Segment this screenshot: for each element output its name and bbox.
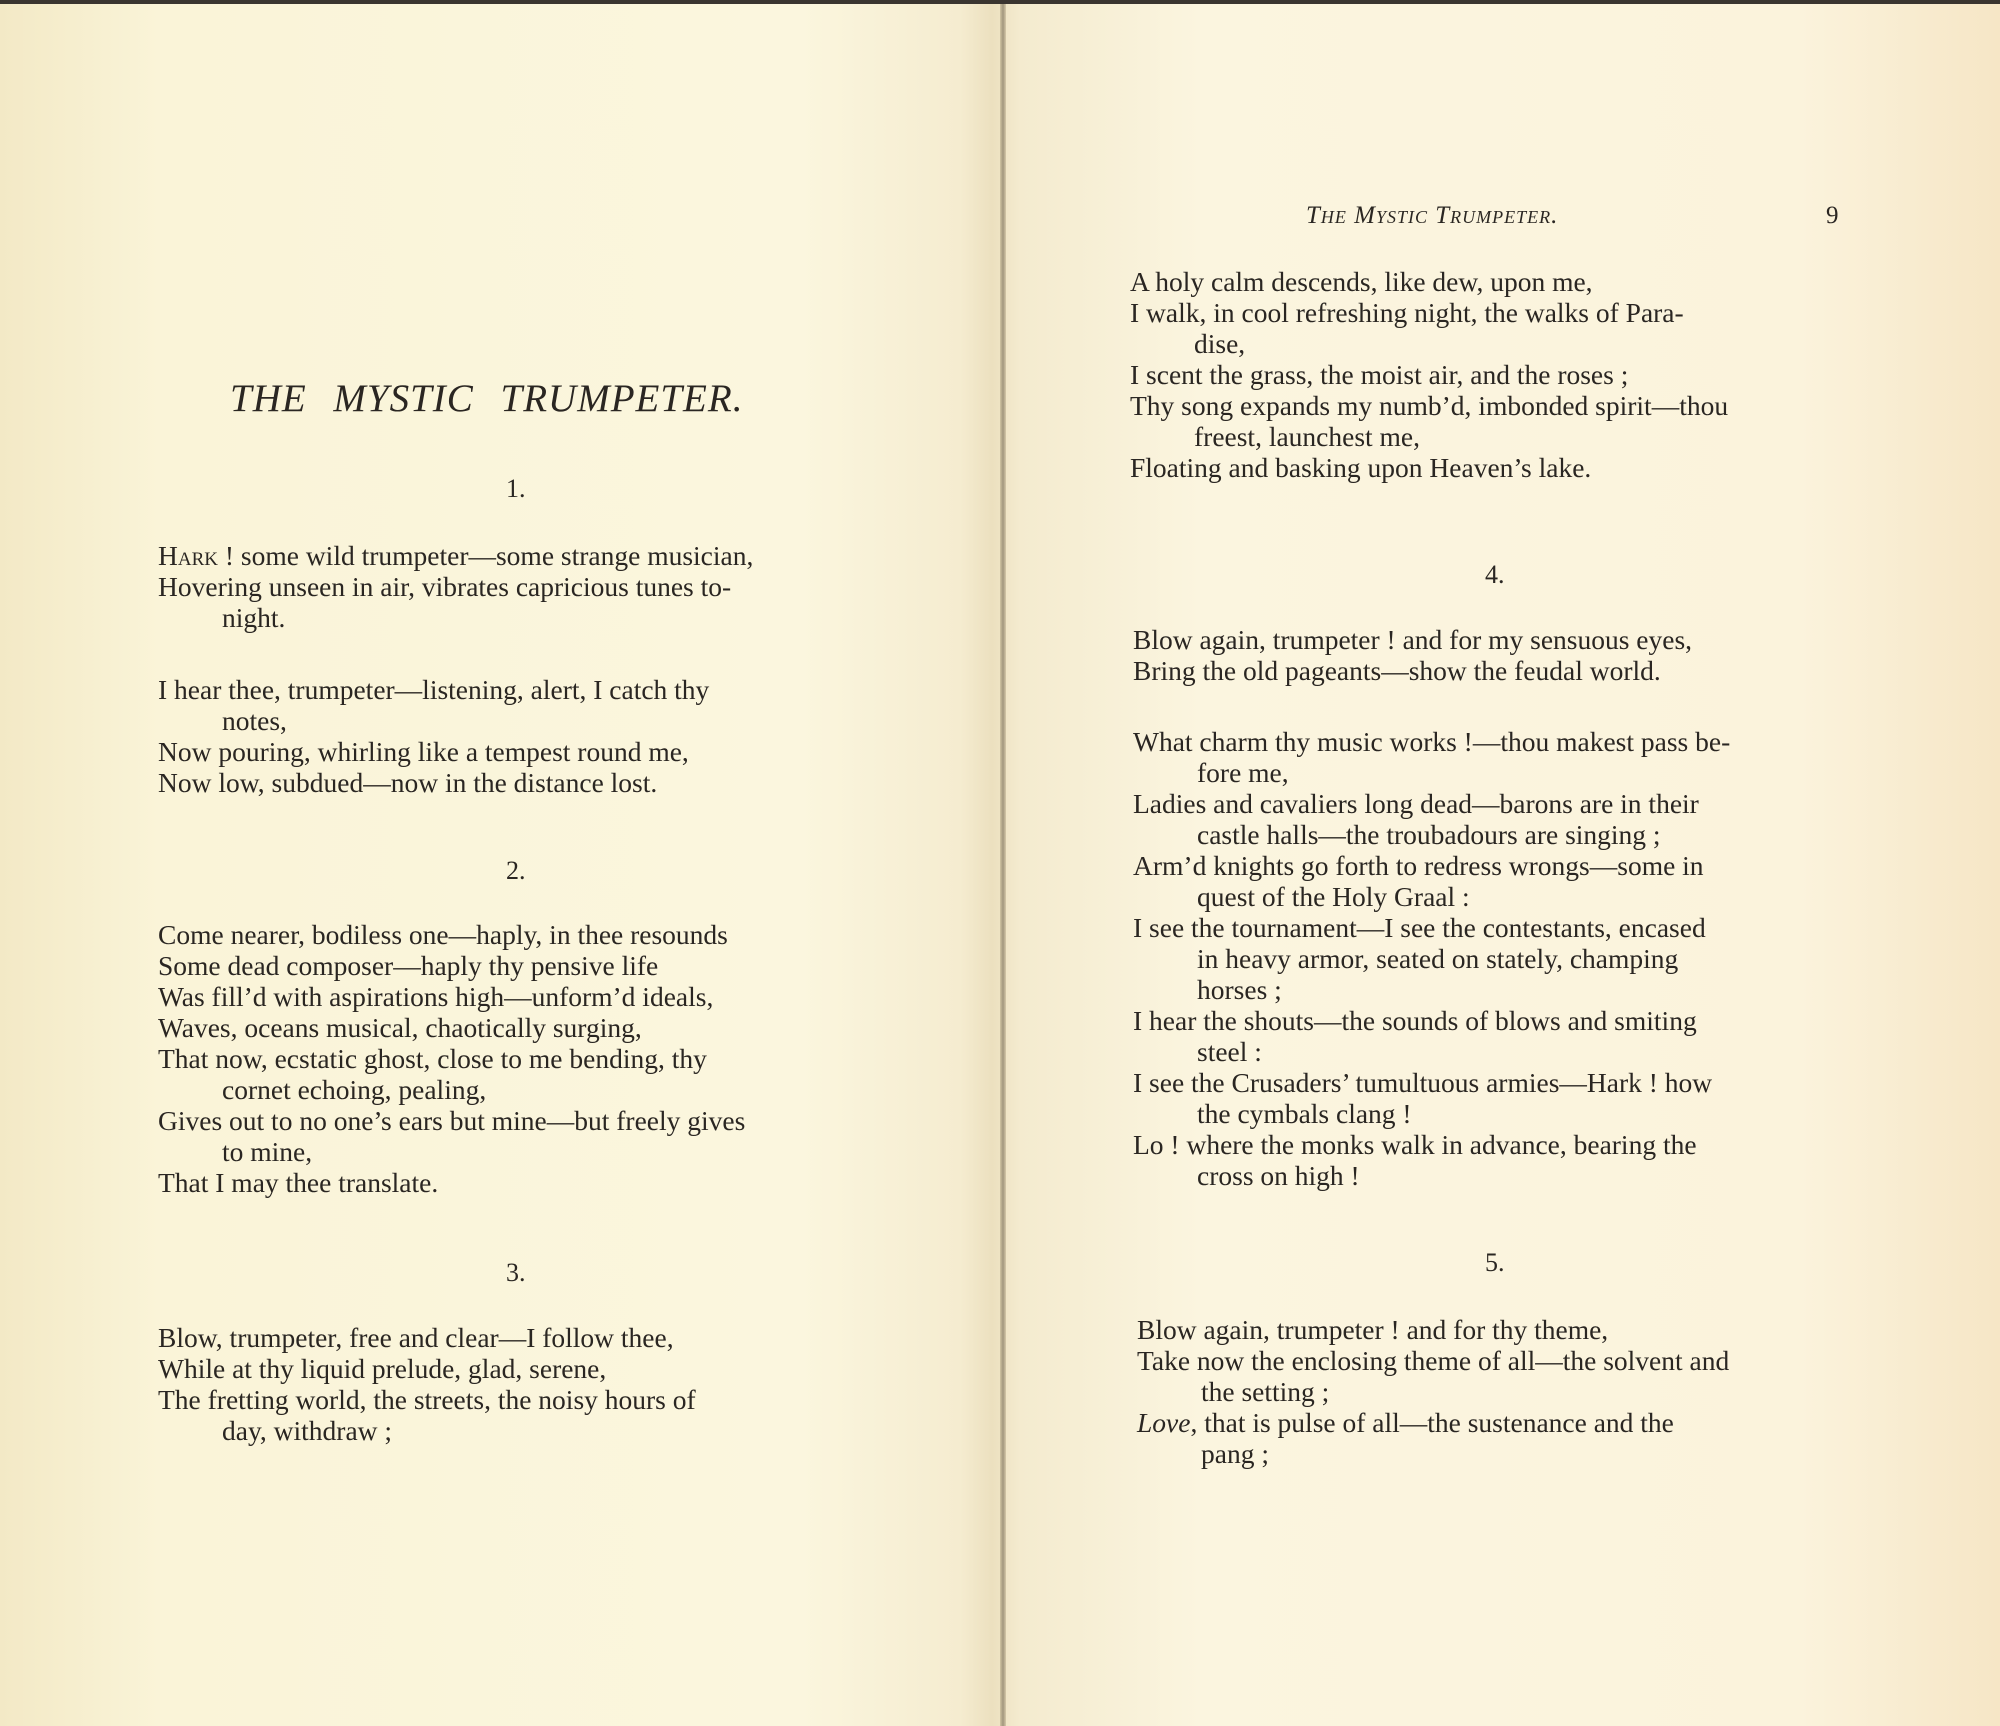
poem-line: Arm’d knights go forth to redress wrongs… [1133, 850, 1730, 881]
poem-line-continuation: pang ; [1137, 1438, 1729, 1469]
poem-line: Floating and basking upon Heaven’s lake. [1130, 452, 1728, 483]
poem-line-continuation: the setting ; [1137, 1376, 1729, 1407]
poem-line: I scent the grass, the moist air, and th… [1130, 359, 1728, 390]
poem-line: Blow again, trumpeter ! and for my sensu… [1133, 624, 1692, 655]
poem-line: That I may thee translate. [158, 1167, 745, 1198]
section-number-3: 3. [506, 1258, 526, 1288]
poem-line-continuation: fore me, [1133, 757, 1730, 788]
poem-line: Come nearer, bodiless one—haply, in thee… [158, 919, 745, 950]
stanza-4a: Blow again, trumpeter ! and for my sensu… [1133, 624, 1692, 686]
poem-line: The fretting world, the streets, the noi… [158, 1384, 696, 1415]
poem-line: That now, ecstatic ghost, close to me be… [158, 1043, 745, 1074]
poem-line-continuation: cross on high ! [1133, 1160, 1730, 1191]
poem-line: Gives out to no one’s ears but mine—but … [158, 1105, 745, 1136]
poem-line: Thy song expands my numb’d, imbonded spi… [1130, 390, 1728, 421]
section-number-1: 1. [506, 474, 526, 504]
poem-line: Take now the enclosing theme of all—the … [1137, 1345, 1729, 1376]
poem-line-continuation: freest, launchest me, [1130, 421, 1728, 452]
poem-line-continuation: cornet echoing, pealing, [158, 1074, 745, 1105]
poem-line-continuation: steel : [1133, 1036, 1730, 1067]
stanza-3: Blow, trumpeter, free and clear—I follow… [158, 1322, 696, 1446]
poem-line: Waves, oceans musical, chaotically surgi… [158, 1012, 745, 1043]
poem-line: I hear thee, trumpeter—listening, alert,… [158, 674, 709, 705]
poem-line: While at thy liquid prelude, glad, seren… [158, 1353, 696, 1384]
poem-line: I hear the shouts—the sounds of blows an… [1133, 1005, 1730, 1036]
stanza-4b: What charm thy music works !—thou makest… [1133, 726, 1730, 1191]
page-number: 9 [1826, 202, 1839, 230]
poem-line: Love, that is pulse of all—the sustenanc… [1137, 1407, 1729, 1438]
poem-line-continuation: castle halls—the troubadours are singing… [1133, 819, 1730, 850]
poem-line-continuation: quest of the Holy Graal : [1133, 881, 1730, 912]
poem-line: Hovering unseen in air, vibrates caprici… [158, 571, 753, 602]
poem-line: Blow, trumpeter, free and clear—I follow… [158, 1322, 696, 1353]
stanza-2: Come nearer, bodiless one—haply, in thee… [158, 919, 745, 1198]
poem-line-continuation: the cymbals clang ! [1133, 1098, 1730, 1129]
poem-line: Was fill’d with aspirations high—unform’… [158, 981, 745, 1012]
poem-line: Lo ! where the monks walk in advance, be… [1133, 1129, 1730, 1160]
stanza-1a: Hark ! some wild trumpeter—some strange … [158, 540, 753, 633]
poem-line-continuation: horses ; [1133, 974, 1730, 1005]
running-head: The Mystic Trumpeter. [1306, 202, 1558, 230]
poem-line-continuation: to mine, [158, 1136, 745, 1167]
drop-word: Hark [158, 540, 218, 571]
poem-line: I see the Crusaders’ tumultuous armies—H… [1133, 1067, 1730, 1098]
poem-line: Ladies and cavaliers long dead—barons ar… [1133, 788, 1730, 819]
poem-line: A holy calm descends, like dew, upon me, [1130, 266, 1728, 297]
left-page: THE MYSTIC TRUMPETER. 1. Hark ! some wil… [0, 4, 998, 1726]
book-spread: THE MYSTIC TRUMPETER. 1. Hark ! some wil… [0, 0, 2000, 1726]
poem-line: I walk, in cool refreshing night, the wa… [1130, 297, 1728, 328]
poem-line: Bring the old pageants—show the feudal w… [1133, 655, 1692, 686]
emphasized-word: Love [1137, 1407, 1190, 1438]
section-number-5: 5. [1485, 1248, 1505, 1278]
poem-line-continuation: notes, [158, 705, 709, 736]
poem-line: Now pouring, whirling like a tempest rou… [158, 736, 709, 767]
stanza-5: Blow again, trumpeter ! and for thy them… [1137, 1314, 1729, 1469]
poem-line: I see the tournament—I see the contestan… [1133, 912, 1730, 943]
poem-line: Now low, subdued—now in the distance los… [158, 767, 709, 798]
poem-line: Hark ! some wild trumpeter—some strange … [158, 540, 753, 571]
section-number-4: 4. [1485, 560, 1505, 590]
poem-line: Some dead composer—haply thy pensive lif… [158, 950, 745, 981]
stanza-1b: I hear thee, trumpeter—listening, alert,… [158, 674, 709, 798]
poem-line: Blow again, trumpeter ! and for thy them… [1137, 1314, 1729, 1345]
stanza-3-continued: A holy calm descends, like dew, upon me,… [1130, 266, 1728, 483]
section-number-2: 2. [506, 856, 526, 886]
poem-line-continuation: in heavy armor, seated on stately, champ… [1133, 943, 1730, 974]
poem-line: What charm thy music works !—thou makest… [1133, 726, 1730, 757]
poem-line-continuation: day, withdraw ; [158, 1415, 696, 1446]
poem-title: THE MYSTIC TRUMPETER. [230, 376, 743, 421]
right-page: The Mystic Trumpeter. 9 A holy calm desc… [1006, 4, 2000, 1726]
poem-line-continuation: dise, [1130, 328, 1728, 359]
poem-line-continuation: night. [158, 602, 753, 633]
